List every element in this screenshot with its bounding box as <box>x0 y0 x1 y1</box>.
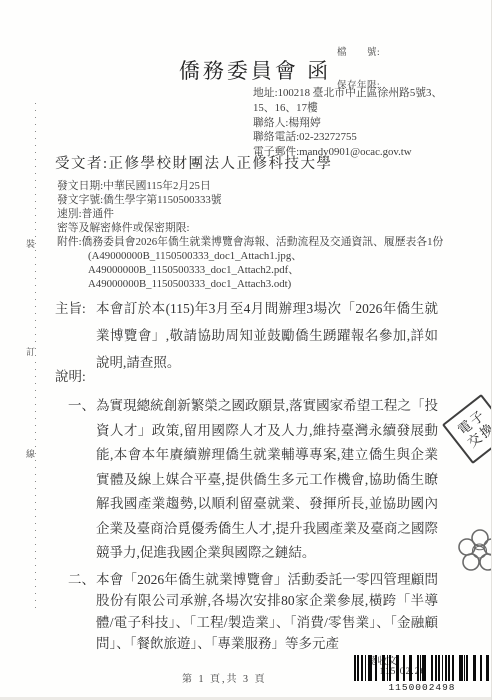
binding-dotted-line <box>35 103 36 608</box>
attachment-file-3: A49000000B_1150500333_doc1_Attach3.odt) <box>57 277 457 291</box>
binding-mark-xian: 線 <box>26 447 35 460</box>
priority-line: 速別:普通件 <box>57 207 457 221</box>
agency-address-line2: 15、16、17樓 <box>253 101 485 116</box>
flower-chop-icon <box>458 528 492 576</box>
classification-line: 密等及解密條件或保密期限: <box>57 221 457 235</box>
binding-mark-zhuang: 裝 <box>26 237 35 250</box>
item-number: 一、 <box>68 394 96 566</box>
electronic-exchange-stamp: 電子 交換 <box>442 394 492 464</box>
attachment-line: 附件:僑務委員會2026年僑生就業博覽會海報、活動流程及交通資訊、履歷表各1份 <box>57 235 457 249</box>
item-number: 二、 <box>68 569 96 655</box>
agency-address-line1: 地址:100218 臺北市中正區徐州路5號3、 <box>253 86 485 101</box>
document-meta-block: 發文日期:中華民國115年2月25日 發文字號:僑生學字第1150500333號… <box>57 179 457 291</box>
agency-phone: 聯絡電話:02-23272755 <box>253 130 485 145</box>
flower-chop-stamp <box>458 528 492 581</box>
item-text: 為實現總統創新繁榮之國政願景,落實國家希望工程之「投資人才」政策,留用國際人才及… <box>96 394 438 566</box>
item-text: 本會「2026年僑生就業博覽會」活動委託一零四管理顧問股份有限公司承辦,各場次安… <box>96 569 438 655</box>
barcode <box>354 655 490 681</box>
official-letter-page: 檔 號: 保存年限: 僑務委員會 函 地址:100218 臺北市中正區徐州路5號… <box>0 0 492 700</box>
page-number-footer: 第 1 頁,共 3 頁 <box>182 670 267 685</box>
binding-mark-ding: 訂 <box>26 345 35 358</box>
barcode-number: 1150002498 <box>354 682 490 693</box>
doc-number-line: 發文字號:僑生學字第1150500333號 <box>57 193 457 207</box>
explanation-label: 說明: <box>55 363 438 390</box>
issue-date-line: 發文日期:中華民國115年2月25日 <box>57 179 457 193</box>
explanation-section: 說明: 一、 為實現總統創新繁榮之國政願景,落實國家希望工程之「投資人才」政策,… <box>55 363 438 655</box>
attachment-file-1: (A49000000B_1150500333_doc1_Attach1.jpg、 <box>57 249 457 263</box>
recipient-line: 受文者:正修學校財團法人正修科技大學 <box>55 152 333 173</box>
agency-contact-block: 地址:100218 臺北市中正區徐州路5號3、 15、16、17樓 聯絡人:楊翔… <box>253 86 485 160</box>
explanation-item-2: 二、 本會「2026年僑生就業博覽會」活動委託一零四管理顧問股份有限公司承辦,各… <box>68 569 438 655</box>
explanation-item-1: 一、 為實現總統創新繁榮之國政願景,落實國家希望工程之「投資人才」政策,留用國際… <box>68 394 438 566</box>
document-title: 僑務委員會 函 <box>18 55 492 85</box>
attachment-file-2: A49000000B_1150500333_doc1_Attach2.pdf、 <box>57 263 457 277</box>
agency-contact-person: 聯絡人:楊翔婷 <box>253 116 485 131</box>
